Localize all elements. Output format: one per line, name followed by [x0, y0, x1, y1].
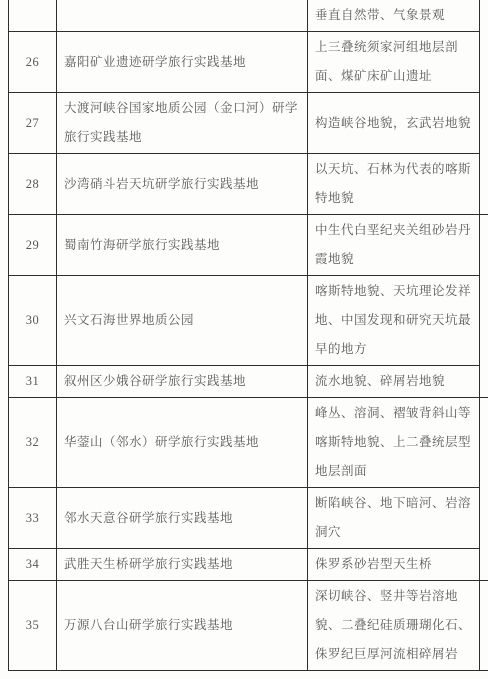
region-cell: 宜宾 [480, 215, 488, 398]
row-number-cell: 35 [9, 581, 57, 671]
base-name-cell: 邻水天意谷研学旅行实践基地 [57, 488, 308, 549]
scanned-page: 垂直自然带、气象景观26嘉阳矿业遗迹研学旅行实践基地上三叠统须家河组地层剖面、煤… [0, 0, 488, 679]
row-number-cell: 31 [9, 366, 57, 398]
row-number-cell: 28 [9, 154, 57, 215]
row-number-cell: 32 [9, 398, 57, 488]
table-row: 28沙湾硝斗岩天坑研学旅行实践基地以天坑、石林为代表的喀斯特地貌 [9, 154, 488, 215]
table-row: 29蜀南竹海研学旅行实践基地中生代白垩纪夹关组砂岩丹霞地貌宜宾 [9, 215, 488, 276]
table-row: 33邻水天意谷研学旅行实践基地断陷峡谷、地下暗河、岩溶洞穴 [9, 488, 488, 549]
feature-cell: 垂直自然带、气象景观 [308, 0, 480, 32]
table-row: 26嘉阳矿业遗迹研学旅行实践基地上三叠统须家河组地层剖面、煤矿床矿山遗址 [9, 32, 488, 93]
feature-cell: 构造峡谷地貌，玄武岩地貌 [308, 93, 480, 154]
base-name-cell: 兴文石海世界地质公园 [57, 276, 308, 366]
table-row: 30兴文石海世界地质公园喀斯特地貌、天坑理论发祥地、中国发现和研究天坑最早的地方 [9, 276, 488, 366]
row-number-cell: 29 [9, 215, 57, 276]
feature-cell: 峰丛、溶洞、褶皱背斜山等喀斯特地貌、上二叠统层型地层剖面 [308, 398, 480, 488]
table-row: 32华蓥山（邻水）研学旅行实践基地峰丛、溶洞、褶皱背斜山等喀斯特地貌、上二叠统层… [9, 398, 488, 488]
base-name-cell: 大渡河峡谷国家地质公园（金口河）研学旅行实践基地 [57, 93, 308, 154]
feature-cell: 深切峡谷、竖井等岩溶地貌、二叠纪硅质珊瑚化石、侏罗纪巨厚河流相碎屑岩 [308, 581, 480, 671]
region-cell: 达州 [480, 581, 488, 671]
table-row: 35万源八台山研学旅行实践基地深切峡谷、竖井等岩溶地貌、二叠纪硅质珊瑚化石、侏罗… [9, 581, 488, 671]
practice-base-table: 垂直自然带、气象景观26嘉阳矿业遗迹研学旅行实践基地上三叠统须家河组地层剖面、煤… [8, 0, 488, 671]
base-name-cell [57, 0, 308, 32]
row-number-cell: 27 [9, 93, 57, 154]
feature-cell: 断陷峡谷、地下暗河、岩溶洞穴 [308, 488, 480, 549]
feature-cell: 喀斯特地貌、天坑理论发祥地、中国发现和研究天坑最早的地方 [308, 276, 480, 366]
base-name-cell: 万源八台山研学旅行实践基地 [57, 581, 308, 671]
base-name-cell: 武胜天生桥研学旅行实践基地 [57, 549, 308, 581]
row-number-cell: 26 [9, 32, 57, 93]
region-cell [480, 0, 488, 215]
row-number-cell: 34 [9, 549, 57, 581]
practice-base-table-body: 垂直自然带、气象景观26嘉阳矿业遗迹研学旅行实践基地上三叠统须家河组地层剖面、煤… [9, 0, 488, 671]
base-name-cell: 嘉阳矿业遗迹研学旅行实践基地 [57, 32, 308, 93]
base-name-cell: 沙湾硝斗岩天坑研学旅行实践基地 [57, 154, 308, 215]
feature-cell: 中生代白垩纪夹关组砂岩丹霞地貌 [308, 215, 480, 276]
base-name-cell: 叙州区少娥谷研学旅行实践基地 [57, 366, 308, 398]
base-name-cell: 蜀南竹海研学旅行实践基地 [57, 215, 308, 276]
feature-cell: 侏罗系砂岩型天生桥 [308, 549, 480, 581]
table-row: 34武胜天生桥研学旅行实践基地侏罗系砂岩型天生桥 [9, 549, 488, 581]
table-row: 27大渡河峡谷国家地质公园（金口河）研学旅行实践基地构造峡谷地貌，玄武岩地貌 [9, 93, 488, 154]
region-cell: 广安 [480, 398, 488, 581]
feature-cell: 以天坑、石林为代表的喀斯特地貌 [308, 154, 480, 215]
base-name-cell: 华蓥山（邻水）研学旅行实践基地 [57, 398, 308, 488]
row-number-cell: 33 [9, 488, 57, 549]
feature-cell: 上三叠统须家河组地层剖面、煤矿床矿山遗址 [308, 32, 480, 93]
row-number-cell [9, 0, 57, 32]
feature-cell: 流水地貌、碎屑岩地貌 [308, 366, 480, 398]
row-number-cell: 30 [9, 276, 57, 366]
table-row: 垂直自然带、气象景观 [9, 0, 488, 32]
table-row: 31叙州区少娥谷研学旅行实践基地流水地貌、碎屑岩地貌 [9, 366, 488, 398]
